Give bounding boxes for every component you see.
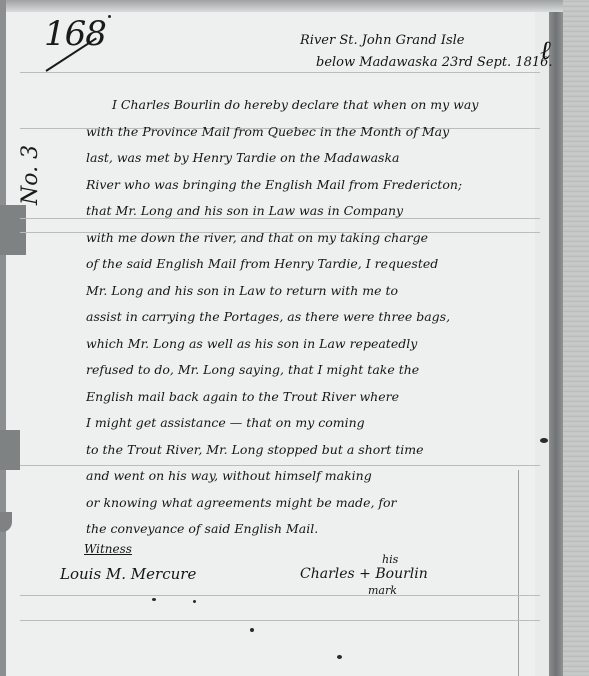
scan-speck	[193, 600, 196, 603]
left-page-edge	[0, 0, 6, 676]
declarant-mark: mark	[368, 584, 397, 597]
body-line: with the Province Mail from Quebec in th…	[86, 119, 536, 146]
declarant-his: his	[382, 553, 398, 566]
scan-speck	[337, 655, 342, 659]
folio-number: 168	[44, 14, 106, 54]
scan-speck	[250, 628, 254, 632]
body-line: of the said English Mail from Henry Tard…	[86, 251, 536, 278]
scanned-page: 168 No. 3 River St. John Grand Isle belo…	[0, 0, 589, 676]
body-line: I might get assistance — that on my comi…	[86, 410, 536, 437]
deposition-body: I Charles Bourlin do hereby declare that…	[86, 92, 536, 543]
paraph-flourish-icon: ℓ	[540, 36, 551, 66]
scan-speck	[152, 598, 156, 601]
body-line: to the Trout River, Mr. Long stopped but…	[86, 437, 536, 464]
witness-signature: Louis M. Mercure	[60, 565, 196, 583]
binding-gutter	[549, 12, 563, 676]
heading-line-2: below Madawaska 23rd Sept. 1816.	[300, 52, 553, 74]
body-line: I Charles Bourlin do hereby declare that…	[86, 92, 536, 119]
body-line: English mail back again to the Trout Riv…	[86, 384, 536, 411]
body-line: which Mr. Long as well as his son in Law…	[86, 331, 536, 358]
ruled-line	[20, 595, 540, 596]
body-line: assist in carrying the Portages, as ther…	[86, 304, 536, 331]
scan-speck	[540, 438, 548, 443]
margin-note: No. 3	[18, 145, 43, 205]
heading-line-1: River St. John Grand Isle	[300, 30, 553, 52]
body-line: and went on his way, without himself mak…	[86, 463, 536, 490]
scan-speck	[108, 15, 111, 18]
body-line: refused to do, Mr. Long saying, that I m…	[86, 357, 536, 384]
witness-label: Witness	[84, 542, 132, 556]
body-line: last, was met by Henry Tardie on the Mad…	[86, 145, 536, 172]
body-line: that Mr. Long and his son in Law was in …	[86, 198, 536, 225]
left-edge-tab	[0, 430, 20, 470]
body-line: the conveyance of said English Mail.	[86, 516, 536, 543]
adjacent-page-edge	[563, 0, 589, 676]
declarant-signature: Charles + Bourlin	[300, 566, 428, 582]
body-line: with me down the river, and that on my t…	[86, 225, 536, 252]
page-right-margin	[535, 12, 549, 676]
body-line: River who was bringing the English Mail …	[86, 172, 536, 199]
ruled-line	[20, 620, 540, 621]
place-date-heading: River St. John Grand Isle below Madawask…	[300, 30, 553, 74]
body-line: Mr. Long and his son in Law to return wi…	[86, 278, 536, 305]
left-edge-tab	[0, 205, 26, 255]
body-line: or knowing what agreements might be made…	[86, 490, 536, 517]
